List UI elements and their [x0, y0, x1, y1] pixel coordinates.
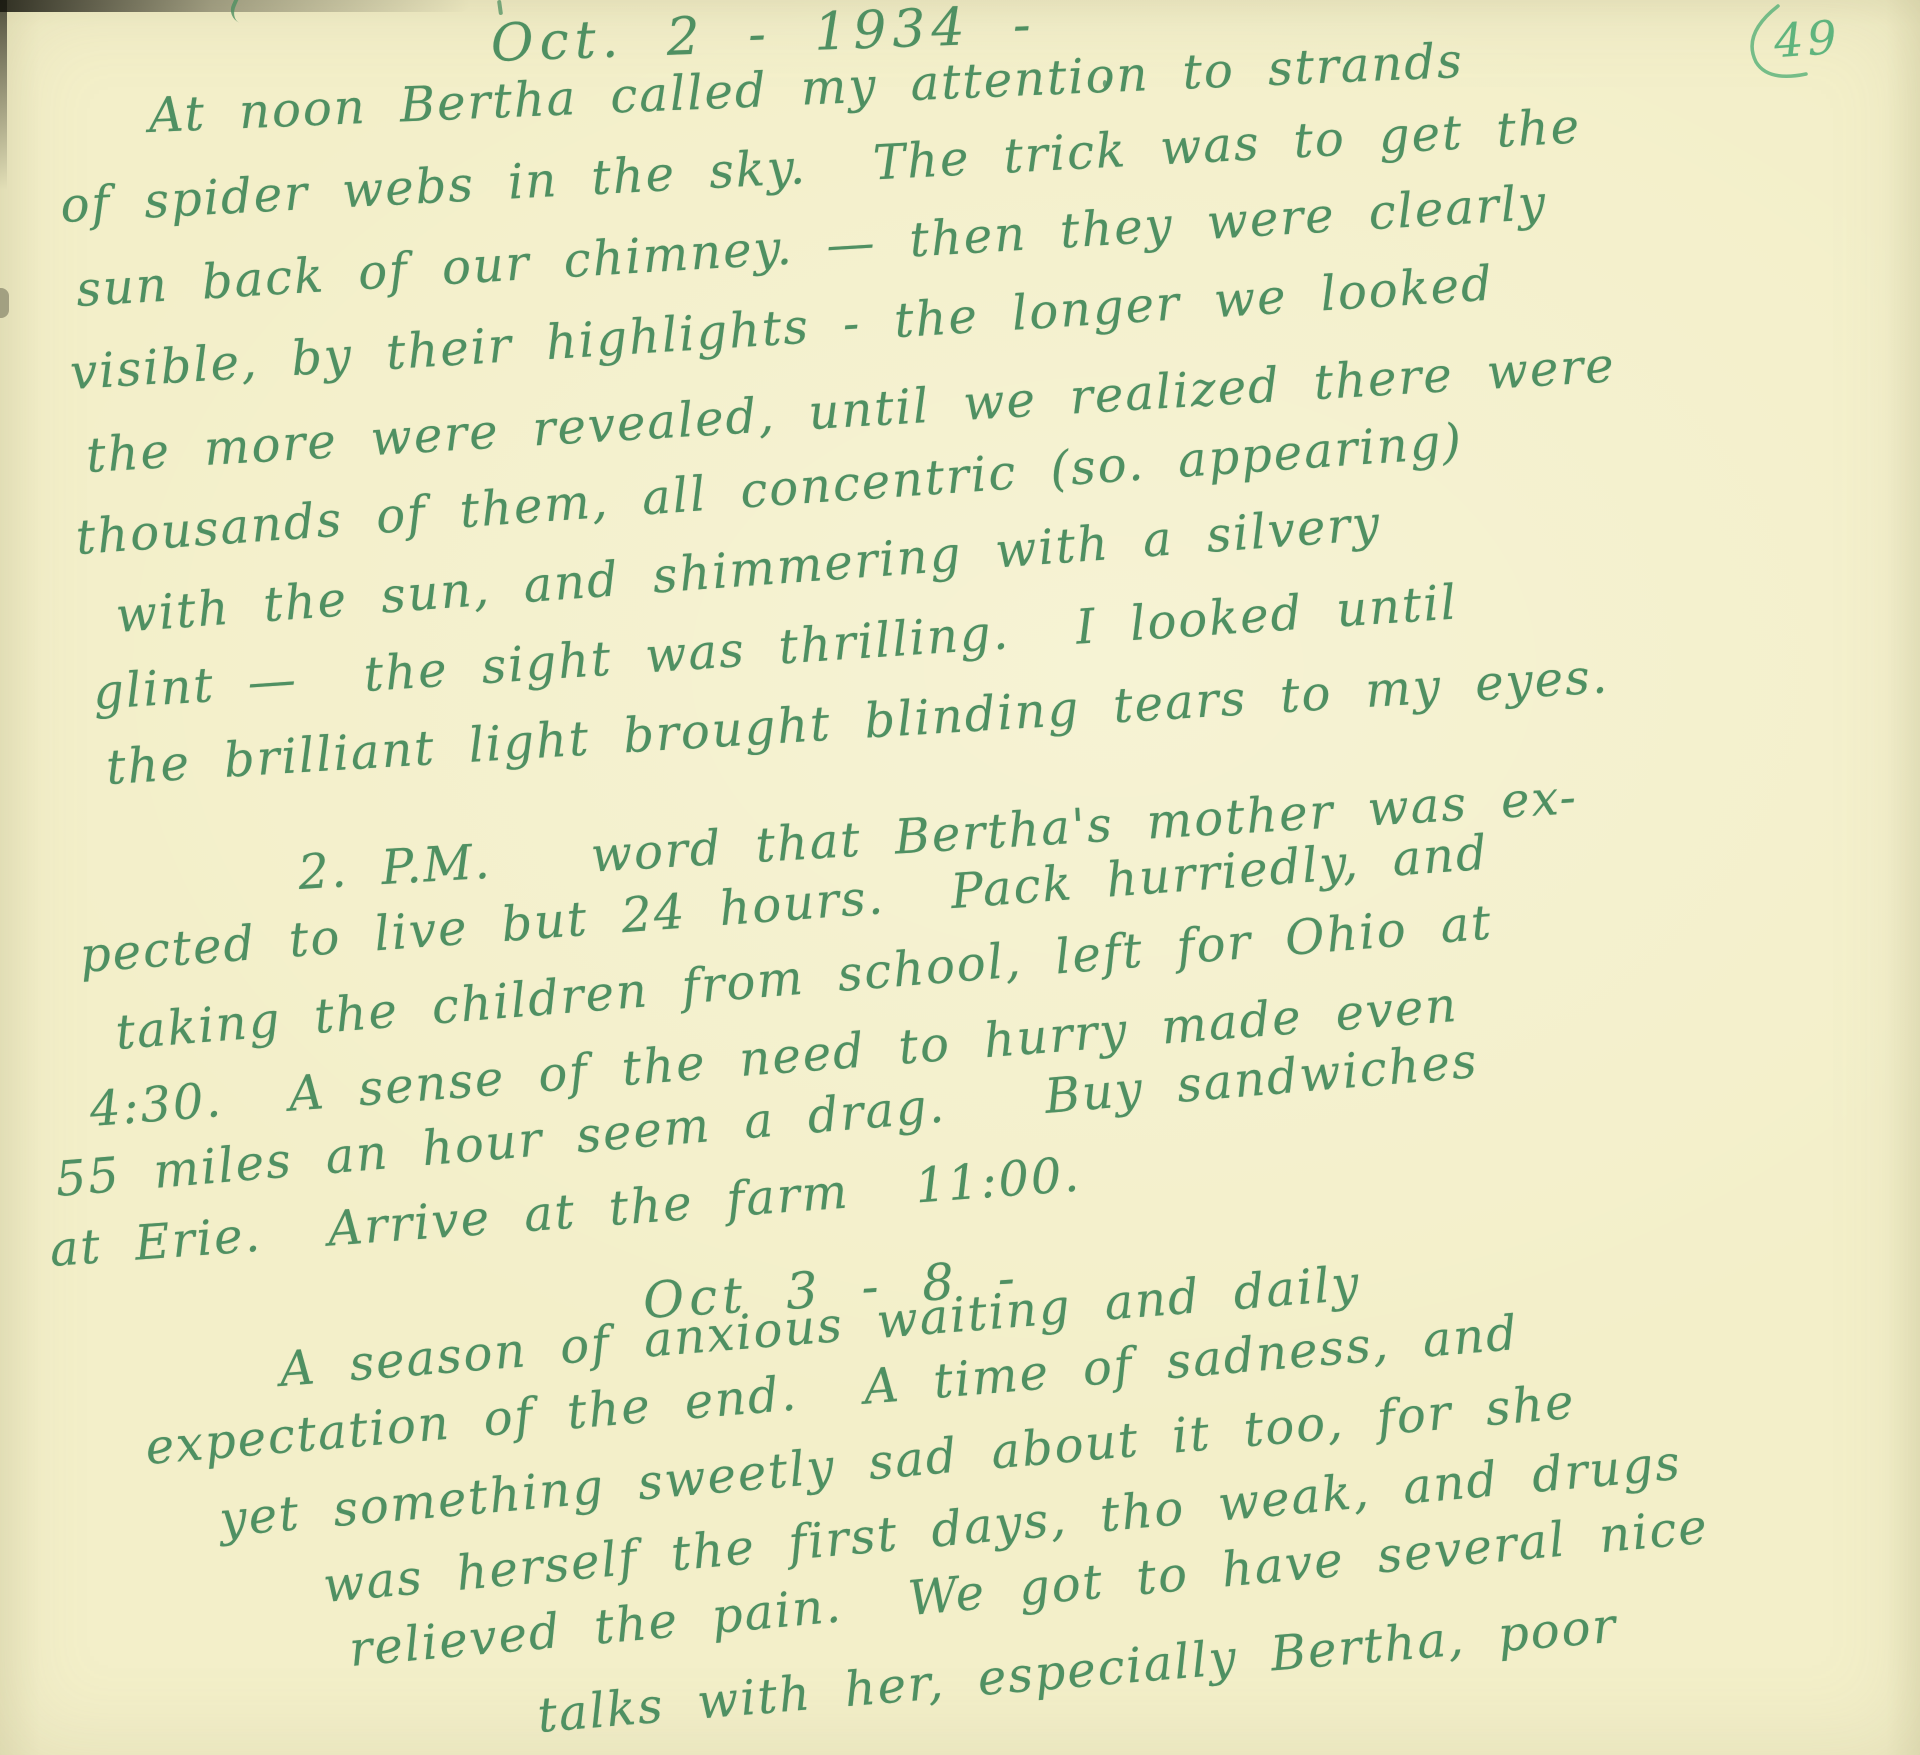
scan-edge-left — [0, 0, 7, 190]
journal-page: 49 Oct. 2 - 1934 - At noon Bertha called… — [0, 0, 1920, 1755]
scan-mark-left — [0, 288, 9, 318]
page-number-badge: 49 — [1732, 4, 1882, 96]
page-number: 49 — [1772, 10, 1842, 69]
